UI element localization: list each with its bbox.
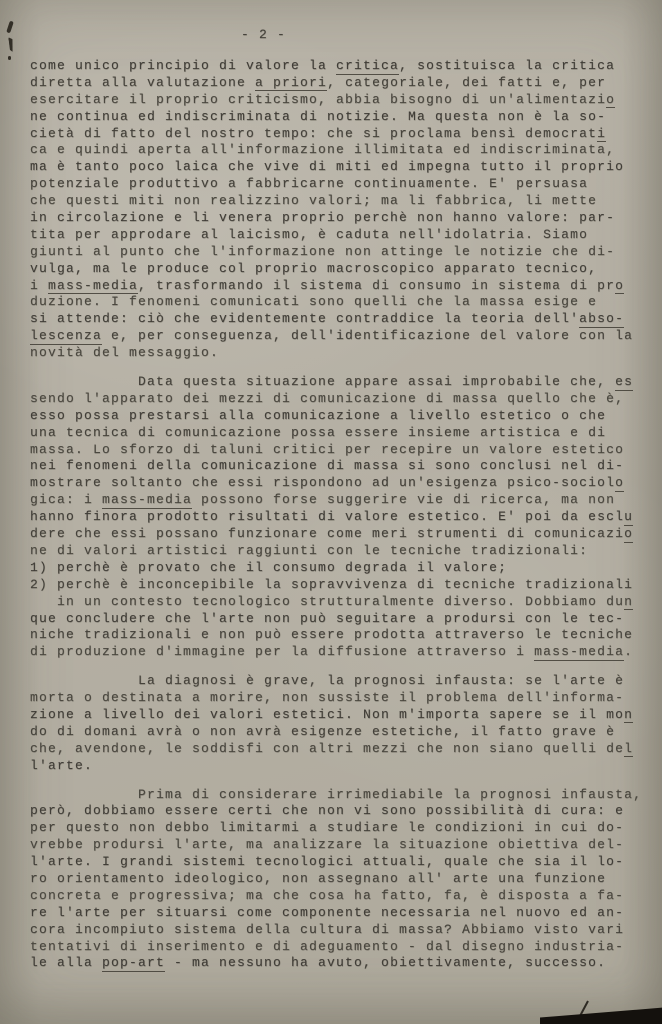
text-line: zione a livello dei valori estetici. Non… [30,707,645,724]
underlined-text: mass-media [48,278,138,295]
text-line: niche tradizionali e non può essere prod… [30,627,645,644]
underlined-text: es [615,374,633,391]
underlined-text: mass-media [102,492,192,509]
document-body: come unico principio di valore la critic… [30,58,645,972]
text-line: diretta alla valutazione a priori, categ… [30,75,645,92]
text-line: ne di valori artistici raggiunti con le … [30,543,645,560]
text-line: le alla pop-art - ma nessuno ha avuto, o… [30,955,645,972]
underlined-text: o [606,92,615,109]
text-line: come unico principio di valore la critic… [30,58,645,75]
text-line: Prima di considerare irrimediabile la pr… [30,787,645,804]
text-line [30,775,645,787]
text-line [30,362,645,374]
text-line: i mass-media, trasformando il sistema di… [30,278,645,295]
text-line: vrebbe prodursi l'arte, ma analizzare la… [30,837,645,854]
underlined-text: l [624,741,633,758]
text-line: novità del messaggio. [30,345,645,362]
text-line: nei fenomeni della comunicazione di mass… [30,458,645,475]
underlined-text: lescenza [30,328,102,345]
text-line: ca e quindi aperta all'informazione illi… [30,142,645,159]
text-line: hanno finora prodotto risultati di valor… [30,509,645,526]
underlined-text: o [624,526,633,543]
underlined-text: n [624,594,633,611]
underlined-text: critica [336,58,399,75]
text-line: potenziale produttivo a fabbricarne cont… [30,176,645,193]
text-line: esso possa prestarsi alla comunicazione … [30,408,645,425]
text-line: re l'arte per situarsi come componente n… [30,905,645,922]
text-line: ma è tanto poco laica che vive di miti e… [30,159,645,176]
text-line: in circolazione e li venera proprio perc… [30,210,645,227]
text-line: tita per approdare al laicismo, è caduta… [30,227,645,244]
text-line: concreta e progressiva; ma che cosa ha f… [30,888,645,905]
text-line: giunti al punto che l'informazione non a… [30,244,645,261]
text-line: esercitare il proprio criticismo, abbia … [30,92,645,109]
text-line: La diagnosi è grave, la prognosi infaust… [30,673,645,690]
underlined-text: i [597,126,606,143]
pen-mark-icon [6,21,14,34]
underlined-text: o [615,475,624,492]
scan-edge-shadow [540,1007,662,1024]
text-line: ne continua ed indiscriminata di notizie… [30,109,645,126]
text-line: sendo l'apparato dei mezzi di comunicazi… [30,391,645,408]
text-line: cora incompiuto sistema della cultura di… [30,922,645,939]
underlined-text: mass-media [534,644,624,661]
text-line: lescenza e, per conseguenza, dell'identi… [30,328,645,345]
text-line: si attende: ciò che evidentemente contra… [30,311,645,328]
underlined-text: u [624,509,633,526]
text-line: per questo non debbo limitarmi a studiar… [30,820,645,837]
text-line: che, avendone, le soddisfi con altri mez… [30,741,645,758]
text-line: una tecnica di comunicazione possa esser… [30,425,645,442]
text-line: gica: i mass-media possono forse suggeri… [30,492,645,509]
text-line: cietà di fatto del nostro tempo: che si … [30,126,645,143]
text-line: ro orientamento ideologico, non assegnan… [30,871,645,888]
text-line: però, dobbiamo essere certi che non vi s… [30,803,645,820]
text-line: l'arte. I grandi sistemi tecnologici att… [30,854,645,871]
underlined-text: n [624,707,633,724]
underlined-text: o [615,278,624,295]
underlined-text: abso- [579,311,624,328]
text-line: di produzione d'immagine per la diffusio… [30,644,645,661]
text-line: in un contesto tecnologico strutturalmen… [30,594,645,611]
text-line: massa. Lo sforzo di taluni critici per r… [30,442,645,459]
text-line: mostrare soltanto che essi rispondono ad… [30,475,645,492]
text-line: l'arte. [30,758,645,775]
text-line: che questi miti non realizzino valori; m… [30,193,645,210]
underlined-text: a priori [255,75,327,92]
text-line: morta o destinata a morire, non sussiste… [30,690,645,707]
text-line: duzione. I fenomeni comunicati sono quel… [30,294,645,311]
pen-mark-icon [8,37,14,52]
pen-mark-icon [8,56,11,60]
text-line: 2) perchè è inconcepibile la sopravviven… [30,577,645,594]
text-line: Data questa situazione appare assai impr… [30,374,645,391]
text-line: vulga, ma le produce col proprio macrosc… [30,261,645,278]
text-line: dere che essi possano funzionare come me… [30,526,645,543]
text-line: do di domani avrà o non avrà esigenze es… [30,724,645,741]
underlined-text: pop-art [102,955,165,972]
page-number: - 2 - [33,27,286,42]
text-line: 1) perchè è provato che il consumo degra… [30,560,645,577]
text-line [30,661,645,673]
text-line: tentativi di inserimento e di adeguament… [30,939,645,956]
document-page: - 2 - come unico principio di valore la … [0,0,662,1024]
text-line: que concludere che l'arte non può seguit… [30,611,645,628]
